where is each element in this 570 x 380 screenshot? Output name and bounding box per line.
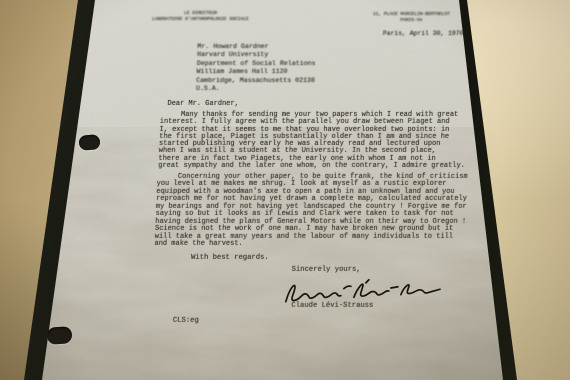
date-line: Paris, April 30, 1970 xyxy=(383,30,464,37)
typist-initials: CLS:eg xyxy=(173,317,199,325)
letterhead-right-block: 11, PLACE MARCELIN-BERTHELOT PARIS-Ve xyxy=(368,12,454,24)
valediction: Sincerely yours, xyxy=(291,266,360,274)
body-paragraph-1: Many thanks for sending me your two pape… xyxy=(158,112,467,170)
salutation: Dear Mr. Gardner, xyxy=(167,100,239,108)
typed-letter-content: LE DIRECTEUR LABORATOIRE D'ANTHROPOLOGIE… xyxy=(0,0,570,380)
typed-signature-name: Claude Lévi-Strauss xyxy=(291,302,373,310)
closing-line: With best regards. xyxy=(191,254,269,262)
body-paragraph-2: Concerning your other paper, to be quite… xyxy=(154,174,467,249)
letterhead-left-block: LE DIRECTEUR LABORATOIRE D'ANTHROPOLOGIE… xyxy=(151,11,249,23)
photograph-of-letter: LE DIRECTEUR LABORATOIRE D'ANTHROPOLOGIE… xyxy=(0,0,570,380)
recipient-address: Mr. Howard Gardner Harvard University De… xyxy=(196,43,316,93)
handwritten-signature xyxy=(279,275,445,305)
